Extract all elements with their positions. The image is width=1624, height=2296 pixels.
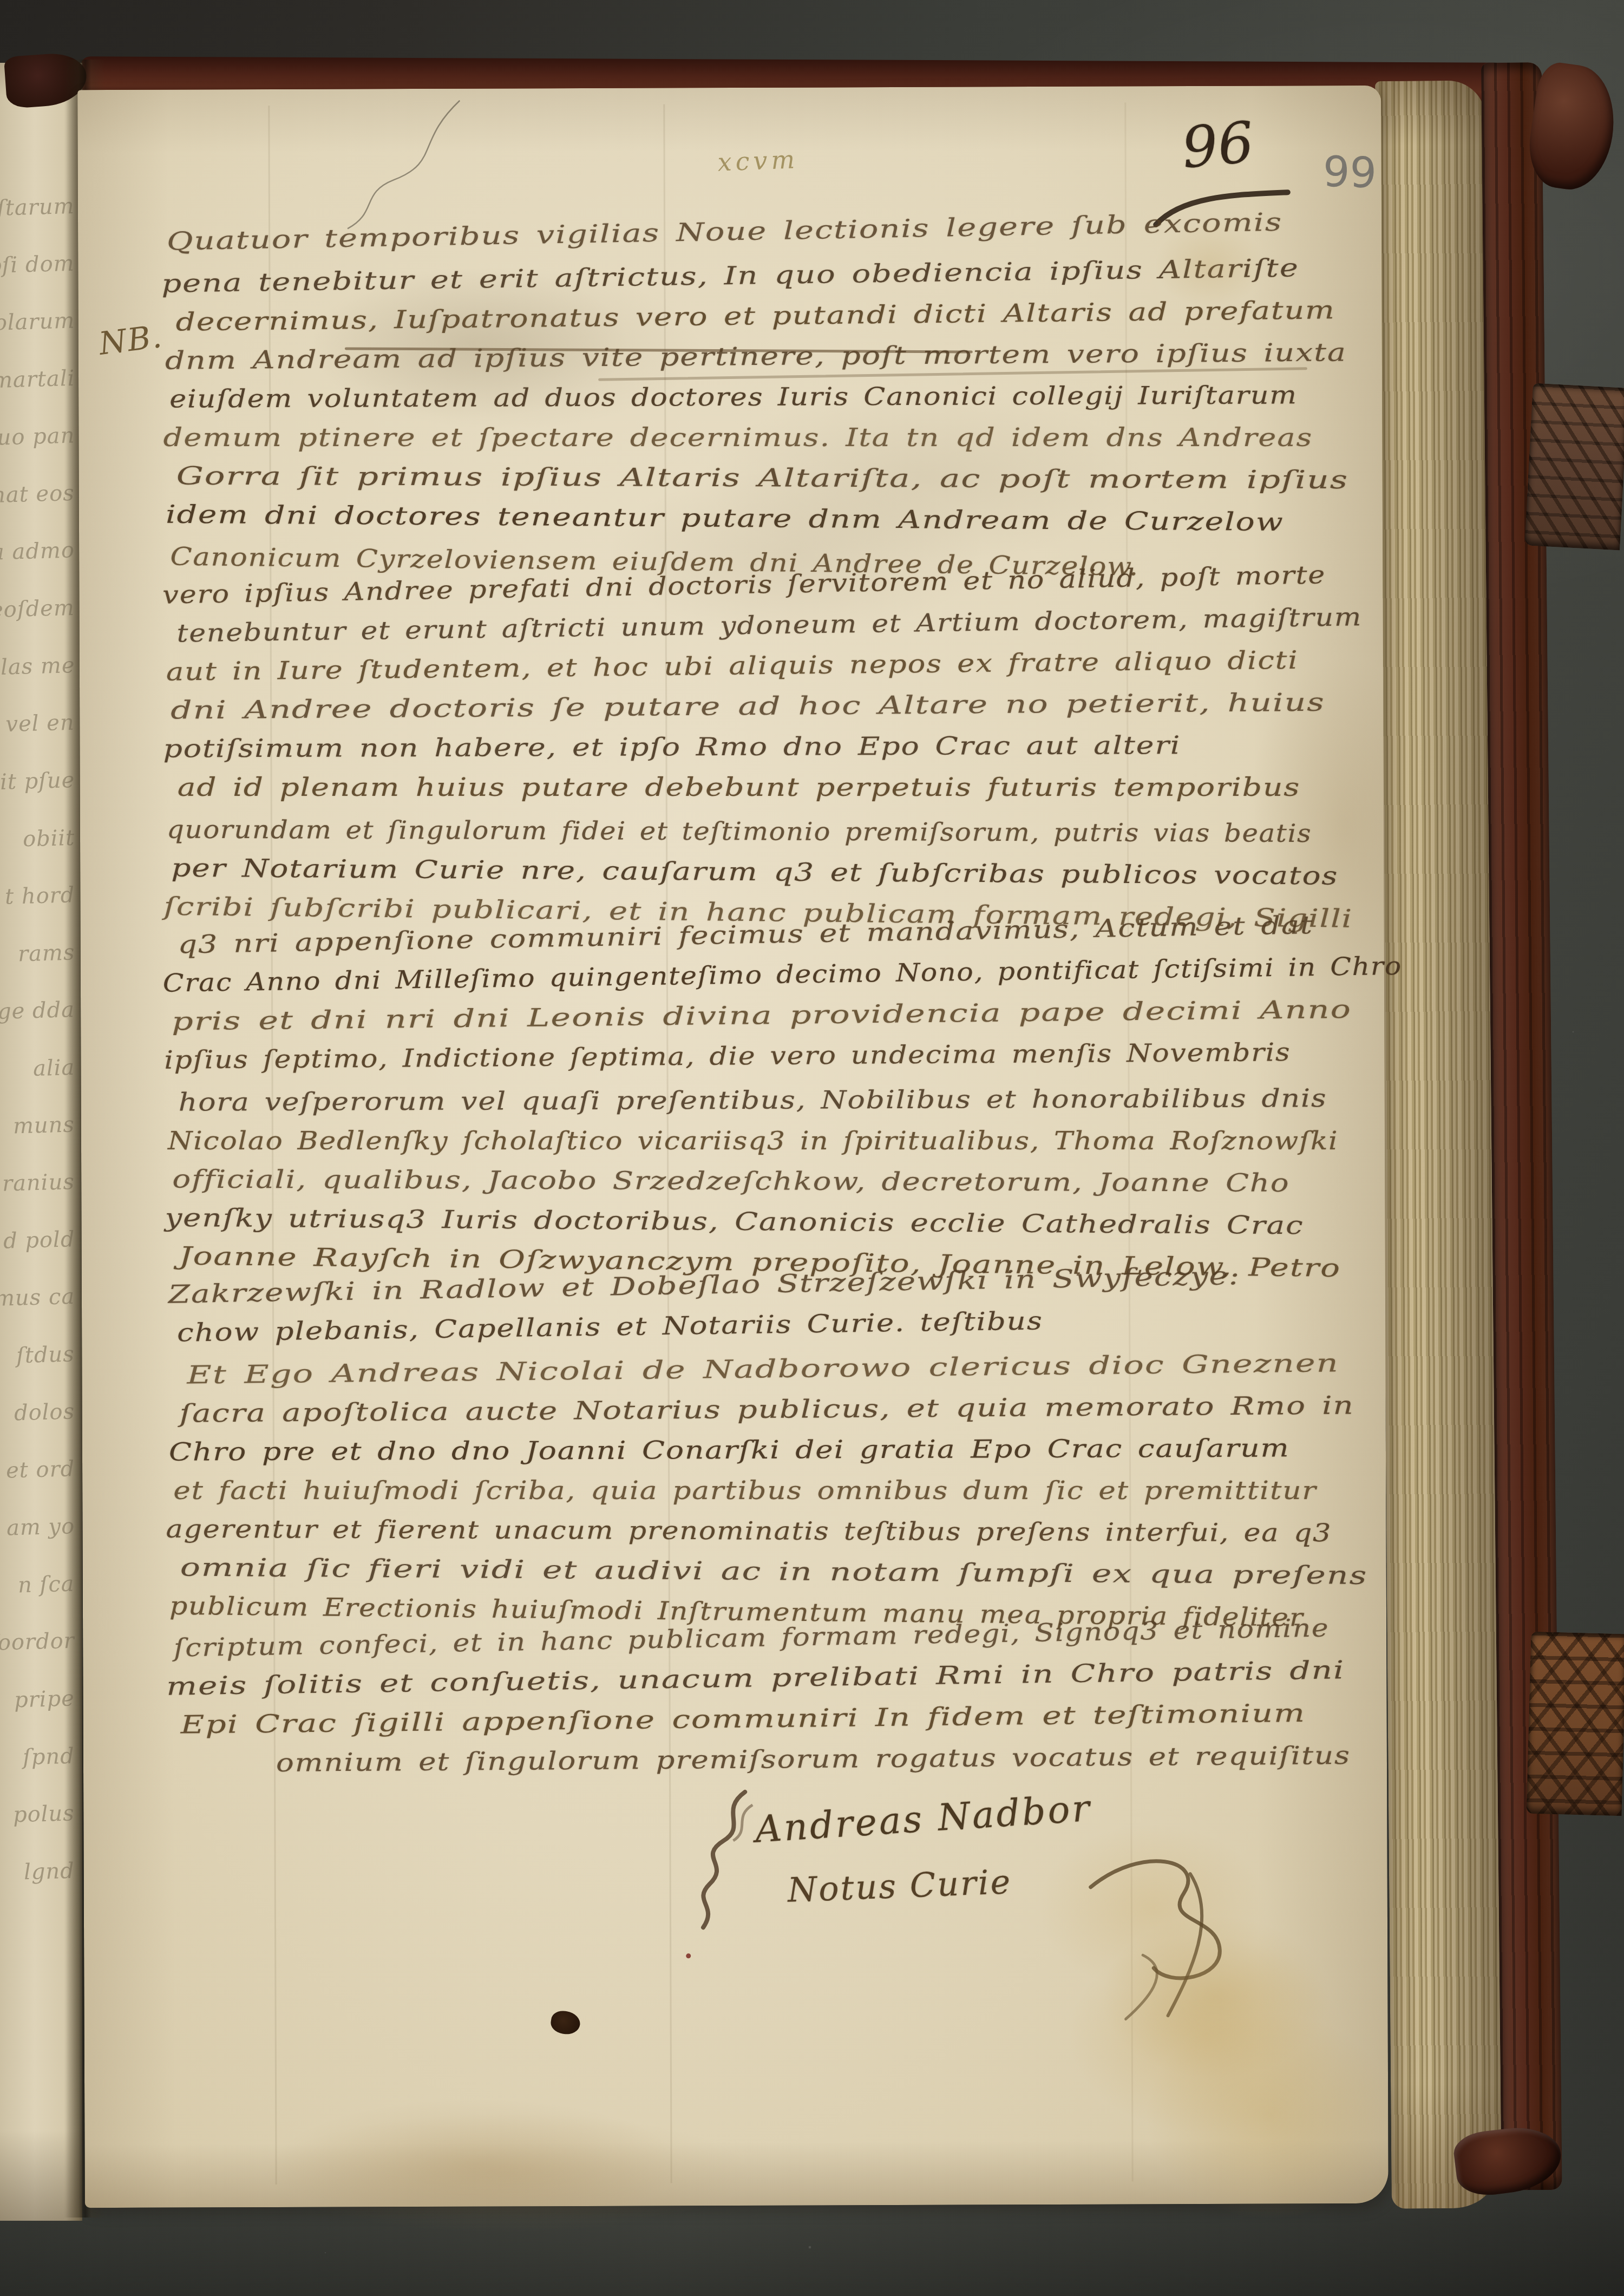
damp-smudge xyxy=(701,389,1145,564)
running-header-roman-numeral: xcvm xyxy=(717,145,799,177)
manuscript-line: agerentur et fierent unacum prenominatis… xyxy=(166,1514,1332,1548)
damp-smudge xyxy=(311,266,701,430)
manuscript-line: ipſius ſeptimo, Indictione ſeptima, die … xyxy=(164,1037,1291,1075)
fiber-hair xyxy=(294,96,473,243)
manuscript-line: Nicolao Bedlenſky ſcholaſtico vicariisq3… xyxy=(168,1126,1338,1155)
dust-specks xyxy=(0,0,1,1)
manuscript-line: omnia ſic fieri vidi et audivi ac in not… xyxy=(180,1553,1368,1590)
manuscript-line: pris et dni nri dni Leonis divina provid… xyxy=(172,995,1352,1036)
manuscript-line: pena tenebitur et erit aſtrictus, In quo… xyxy=(161,253,1299,298)
manuscript-line: quorundam et ſingulorum fidei et teſtimo… xyxy=(167,815,1312,848)
manuscript-line: Chro pre et dno dno Joanni Conarſki dei … xyxy=(169,1433,1290,1466)
manuscript-line: tenebuntur et erunt aſtricti unum ydoneu… xyxy=(176,602,1362,648)
ink-blot xyxy=(549,2009,582,2036)
clasp-strap-upper xyxy=(1524,383,1624,551)
manuscript-line: hora veſperorum vel quaſi preſentibus, N… xyxy=(179,1083,1327,1116)
manuscript-line: Et Ego Andreas Nicolai de Nadborowo cler… xyxy=(187,1348,1339,1389)
manuscript-line: meis ſolitis et conſuetis, unacum prelib… xyxy=(166,1655,1345,1700)
notary-signature-title: Notus Curie xyxy=(787,1862,1013,1910)
manuscript-line: ad id plenam huius putare debebunt perpe… xyxy=(178,773,1300,802)
stain xyxy=(1145,2013,1395,2220)
manuscript-line: Crac Anno dni Milleſimo quingenteſimo de… xyxy=(162,951,1402,998)
clasp-strap-lower xyxy=(1527,1632,1624,1816)
manuscript-line: et facti huiuſmodi ſcriba, quia partibus… xyxy=(173,1476,1317,1505)
folio-number-pencil: 99 xyxy=(1322,147,1377,198)
book-fore-edge-page-block xyxy=(1375,80,1502,2208)
manuscript-page: xcvm 96 99 NB. Quatuor temporibus vigili… xyxy=(77,86,1389,2208)
manuscript-line: per Notarium Curie nre, cauſarum q3 et ſ… xyxy=(171,853,1338,891)
stain xyxy=(1155,221,1264,309)
manuscript-line: dni Andree doctoris ſe putare ad hoc Alt… xyxy=(171,688,1325,725)
margin-note-nota-bene: NB. xyxy=(97,318,165,362)
manuscript-line: omnium et ſingulorum premiſsorum rogatus… xyxy=(276,1741,1351,1777)
manuscript-line: yenſky utriusq3 Iuris doctoribus, Canoni… xyxy=(165,1203,1304,1240)
manuscript-line: aut in Iure ſtudentem, et hoc ubi aliqui… xyxy=(166,645,1299,686)
manuscript-line: chow plebanis, Capellanis et Notariis Cu… xyxy=(177,1306,1043,1347)
folio-number-ink: 96 xyxy=(1179,109,1256,181)
red-speck xyxy=(686,1953,691,1958)
photo-of-open-manuscript-book: ſtarumpſi domholarummartaliquo pannat eo… xyxy=(0,0,1624,2296)
manuscript-line: officiali, qualibus, Jacobo Srzedzeſchko… xyxy=(172,1165,1290,1198)
signature-lead-flourish xyxy=(681,1788,763,1940)
manuscript-line: Epi Crac ſigilli appenſione communiri In… xyxy=(180,1698,1306,1739)
manuscript-line: ſacra apoſtolica aucte Notarius publicus… xyxy=(179,1390,1354,1428)
manuscript-line: potiſsimum non habere, et ipſo Rmo dno E… xyxy=(163,730,1181,763)
